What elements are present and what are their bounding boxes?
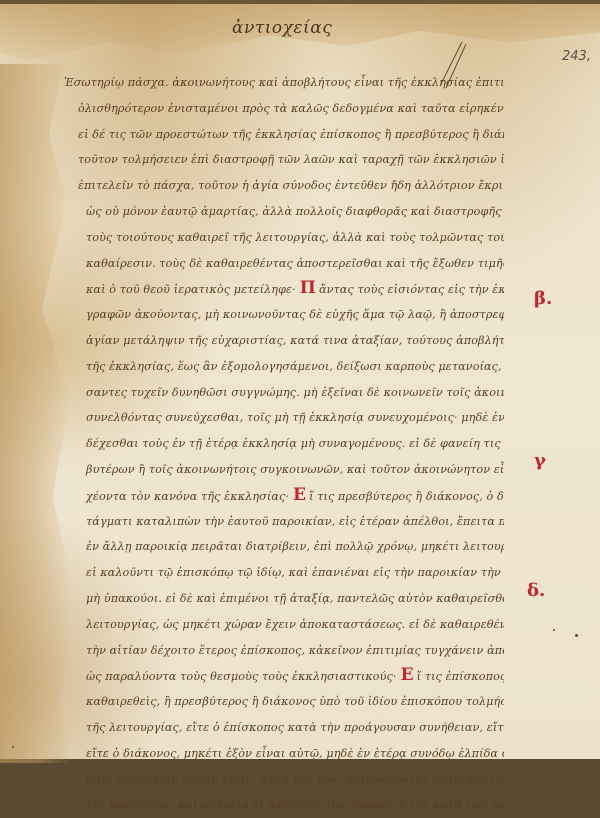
main-text-block: Ἐσωτηρίῳ πάσχα. ἀκοινωνήτους καὶ ἀποβλήτ… (64, 70, 504, 759)
manuscript-line: τοῦτον τολμήσειεν ἐπὶ διαστροφῇ τῶν λαῶν… (64, 147, 504, 173)
line-text: ἐν ἄλλῃ παροικίᾳ πειρᾶται διατρίβειν, ἐπ… (86, 540, 504, 553)
manuscript-line: τὴν αἰτίαν δέχοιτο ἕτερος ἐπίσκοπος, κἀκ… (64, 638, 504, 664)
line-text: ἁγίαν μετάληψιν τῆς εὐχαριστίας, κατά τι… (86, 334, 504, 347)
manuscript-line: εἰ καλοῦντι τῷ ἐπισκόπῳ τῷ ἰδίῳ, καὶ ἐπα… (64, 560, 504, 586)
manuscript-line: συνελθόντας συνεύχεσθαι, τοῖς μὴ τῇ ἐκκλ… (64, 405, 504, 431)
manuscript-line: τῆς λειτουργίας, εἴτε ὁ ἐπίσκοπος κατὰ τ… (64, 715, 504, 741)
marginal-numeral-gamma: γ (534, 450, 546, 471)
manuscript-line: σαντες τυχεῖν δυνηθῶσι συγγνώμης. μὴ ἐξε… (64, 380, 504, 406)
ink-speck (12, 746, 14, 748)
line-text: συνελθόντας συνεύχεσθαι, τοῖς μὴ τῇ ἐκκλ… (86, 411, 504, 424)
line-text: ἐπιτελεῖν τὸ πάσχα, τοῦτον ἡ ἁγία σύνοδο… (78, 179, 504, 192)
line-text: καὶ ὁ τοῦ θεοῦ ἱερατικὸς μετείληφε· (86, 283, 296, 296)
manuscript-line: τοὺς τοιούτους καθαιρεῖ τῆς λειτουργίας,… (64, 225, 504, 251)
line-text: τοὺς τοιούτους καθαιρεῖ τῆς λειτουργίας,… (86, 231, 504, 244)
line-text: τοῦτον τολμήσειεν ἐπὶ διαστροφῇ τῶν λαῶν… (78, 153, 504, 166)
rubricated-initial: Ε (293, 485, 306, 505)
ink-speck (575, 634, 578, 637)
manuscript-line: Ἐσωτηρίῳ πάσχα. ἀκοινωνήτους καὶ ἀποβλήτ… (64, 70, 504, 96)
line-text: τὴν αἰτίαν δέχοιτο ἕτερος ἐπίσκοπος, κἀκ… (86, 644, 504, 657)
line-text: καθαίρεσιν. τοὺς δὲ καθαιρεθέντας ἀποστε… (86, 257, 504, 270)
line-text-after-rubric: ἴ τις ἐπίσκοπος ὑπὸ συνόδου (417, 670, 504, 683)
manuscript-line: ὀλισθηρότερον ἐνισταμένοι πρὸς τὰ καλῶς … (64, 96, 504, 122)
line-text: γραφῶν ἀκούοντας, μὴ κοινωνοῦντας δὲ εὐχ… (86, 308, 504, 321)
line-text: ὡς οὐ μόνον ἑαυτῷ ἁμαρτίας, ἀλλὰ πολλοῖς… (86, 205, 504, 218)
line-text: εἰ καλοῦντι τῷ ἐπισκόπῳ τῷ ἰδίῳ, καὶ ἐπα… (86, 566, 504, 579)
folio-number: 243, (562, 49, 591, 64)
manuscript-line: χέοντα τὸν κανόνα τῆς ἐκκλησίας·Εἴ τις π… (64, 483, 504, 509)
running-header: ἀντιοχείας (232, 18, 332, 38)
line-text: ὡς παραλύοντα τοὺς θεσμοὺς τοὺς ἐκκλησια… (86, 670, 397, 683)
manuscript-folio: ἀντιοχείας 243, Ἐσωτηρίῳ πάσχα. ἀκοινωνή… (0, 0, 600, 759)
rubricated-initial: Ε (401, 665, 414, 685)
manuscript-line: λειτουργίας, ὡς μηκέτι χώραν ἔχειν ἀποκα… (64, 612, 504, 638)
ink-speck (553, 629, 555, 631)
line-text: μὴ ὑπακούοι. εἰ δὲ καὶ ἐπιμένοι τῇ ἀταξί… (86, 592, 504, 605)
manuscript-line: δέχεσθαι τοὺς ἐν τῇ ἑτέρᾳ ἐκκλησίᾳ μὴ συ… (64, 431, 504, 457)
line-text: τῆς λειτουργίας, εἴτε ὁ ἐπίσκοπος κατὰ τ… (86, 721, 504, 734)
manuscript-line: καθαίρεσιν. τοὺς δὲ καθαιρεθέντας ἀποστε… (64, 251, 504, 277)
manuscript-line: βυτέρων ἢ τοῖς ἀκοινωνήτοις συγκοινωνῶν,… (64, 457, 504, 483)
line-text: δέχεσθαι τοὺς ἐν τῇ ἑτέρᾳ ἐκκλησίᾳ μὴ συ… (86, 437, 504, 450)
manuscript-line: ὡς οὐ μόνον ἑαυτῷ ἁμαρτίας, ἀλλὰ πολλοῖς… (64, 199, 504, 225)
manuscript-line: ἁγίαν μετάληψιν τῆς εὐχαριστίας, κατά τι… (64, 328, 504, 354)
line-text: ὀλισθηρότερον ἐνισταμένοι πρὸς τὰ καλῶς … (78, 102, 504, 115)
manuscript-line: ἐν ἄλλῃ παροικίᾳ πειρᾶται διατρίβειν, ἐπ… (64, 534, 504, 560)
water-stain-left (0, 64, 70, 759)
manuscript-line: μὴ ὑπακούοι. εἰ δὲ καὶ ἐπιμένοι τῇ ἀταξί… (64, 586, 504, 612)
manuscript-line: ὡς παραλύοντα τοὺς θεσμοὺς τοὺς ἐκκλησια… (64, 663, 504, 689)
water-stain-top (0, 4, 600, 74)
manuscript-line: εἰ δέ τις τῶν προεστώτων τῆς ἐκκλησίας ἐ… (64, 122, 504, 148)
line-text: χέοντα τὸν κανόνα τῆς ἐκκλησίας· (86, 490, 289, 503)
line-text: εἰ δέ τις τῶν προεστώτων τῆς ἐκκλησίας ἐ… (78, 128, 504, 141)
manuscript-line: ἐπιτελεῖν τὸ πάσχα, τοῦτον ἡ ἁγία σύνοδο… (64, 173, 504, 199)
marginal-numeral-beta: β. (534, 288, 552, 309)
manuscript-line: εἴτε ὁ διάκονος, μηκέτι ἐξὸν εἶναι αὐτῷ,… (64, 741, 504, 759)
line-text: σαντες τυχεῖν δυνηθῶσι συγγνώμης. μὴ ἐξε… (86, 386, 504, 399)
line-text: τάγματι καταλιπὼν τὴν ἑαυτοῦ παροικίαν, … (86, 515, 504, 528)
rubricated-initial: Π (300, 278, 316, 298)
line-text-after-rubric: ἄντας τοὺς εἰσιόντας εἰς τὴν ἐκκλησίαν κ… (319, 283, 504, 296)
line-text: Ἐσωτηρίῳ πάσχα. ἀκοινωνήτους καὶ ἀποβλήτ… (64, 76, 504, 89)
manuscript-line: τῆς ἐκκλησίας, ἕως ἂν ἐξομολογησάμενοι, … (64, 354, 504, 380)
manuscript-line: καὶ ὁ τοῦ θεοῦ ἱερατικὸς μετείληφε·Πἄντα… (64, 276, 504, 302)
line-text: βυτέρων ἢ τοῖς ἀκοινωνήτοις συγκοινωνῶν,… (86, 463, 504, 476)
manuscript-line: καθαιρεθεὶς, ἢ πρεσβύτερος ἢ διάκονος ὑπ… (64, 689, 504, 715)
marginal-numeral-delta: δ. (527, 580, 545, 601)
manuscript-line: τάγματι καταλιπὼν τὴν ἑαυτοῦ παροικίαν, … (64, 509, 504, 535)
line-text: λειτουργίας, ὡς μηκέτι χώραν ἔχειν ἀποκα… (86, 618, 504, 631)
manuscript-line: γραφῶν ἀκούοντας, μὴ κοινωνοῦντας δὲ εὐχ… (64, 302, 504, 328)
line-text: καθαιρεθεὶς, ἢ πρεσβύτερος ἢ διάκονος ὑπ… (86, 695, 504, 708)
line-text: εἴτε ὁ διάκονος, μηκέτι ἐξὸν εἶναι αὐτῷ,… (86, 747, 504, 759)
line-text: τῆς ἐκκλησίας, ἕως ἂν ἐξομολογησάμενοι, … (86, 360, 504, 373)
line-text-after-rubric: ἴ τις πρεσβύτερος ἢ διάκονος, ὁ δὲ καὶ ὅ… (309, 490, 504, 503)
